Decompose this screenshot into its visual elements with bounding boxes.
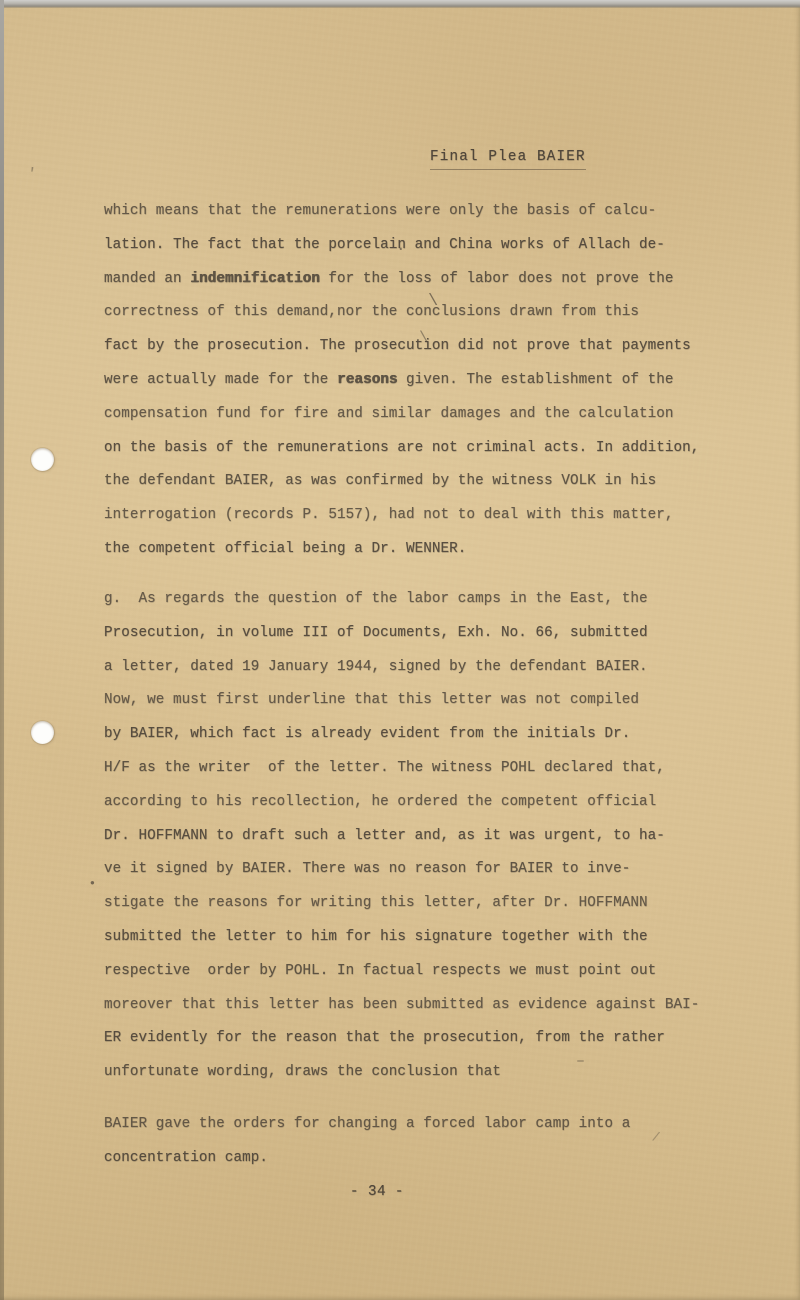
text-line: respective order by POHL. In factual res… [104,955,699,989]
text-line: fact by the prosecution. The prosecution… [104,330,699,364]
text-line: moreover that this letter has been submi… [104,989,699,1023]
scanner-edge-left [0,0,4,1300]
punch-hole-icon [31,448,54,471]
stray-dash-mark: – [576,1053,585,1070]
punch-hole-icon [31,721,54,744]
document-title: Final Plea BAIER [430,148,586,170]
overstruck-text: reasons [337,372,397,388]
text-line: on the basis of the remunerations are no… [104,432,699,466]
paragraph-conclusion: BAIER gave the orders for changing a for… [104,1108,630,1176]
text-segment: were actually made for the [104,372,337,388]
text-line: concentration camp. [104,1142,630,1176]
stray-slash-mark: / [651,1129,661,1145]
text-line: Prosecution, in volume III of Documents,… [104,617,699,651]
margin-dot-mark: ● [90,879,95,888]
text-line: submitted the letter to him for his sign… [104,921,699,955]
text-segment: for the loss of labor does not prove the [320,271,674,287]
text-line: Now, we must first underline that this l… [104,684,699,718]
text-line: manded an indemnification for the loss o… [104,263,699,297]
scanner-edge-top [0,0,800,8]
text-segment: given. The establishment of the [397,372,673,388]
text-line: the competent official being a Dr. WENNE… [104,533,699,567]
text-segment: manded an [104,271,190,287]
overstruck-text: indemnification [190,271,319,287]
text-line: ve it signed by BAIER. There was no reas… [104,853,699,887]
text-line: compensation fund for fire and similar d… [104,398,699,432]
page-number: - 34 - [350,1176,404,1210]
text-line: g. As regards the question of the labor … [104,583,699,617]
text-line: which means that the remunerations were … [104,195,699,229]
text-line: the defendant BAIER, as was confirmed by… [104,465,699,499]
stray-backslash-mark: \ [428,292,438,311]
paragraph-labor-camps: g. As regards the question of the labor … [104,583,699,1090]
text-line: interrogation (records P. 5157), had not… [104,499,699,533]
text-line: according to his recollection, he ordere… [104,786,699,820]
stray-dot-mark: · [396,240,406,258]
text-line: correctness of this demand,nor the concl… [104,296,699,330]
text-line: unfortunate wording, draws the conclusio… [104,1056,699,1090]
text-line: ER evidently for the reason that the pro… [104,1022,699,1056]
scanned-document-page: Final Plea BAIER which means that the re… [0,0,800,1300]
text-line: by BAIER, which fact is already evident … [104,718,699,752]
stray-apostrophe-mark: ' [26,165,37,183]
text-line: BAIER gave the orders for changing a for… [104,1108,630,1142]
text-line: stigate the reasons for writing this let… [104,887,699,921]
text-line: H/F as the writer of the letter. The wit… [104,752,699,786]
text-line: were actually made for the reasons given… [104,364,699,398]
text-line: Dr. HOFFMANN to draft such a letter and,… [104,820,699,854]
stray-backslash-mark-2: \ [419,329,429,347]
text-line: a letter, dated 19 January 1944, signed … [104,651,699,685]
